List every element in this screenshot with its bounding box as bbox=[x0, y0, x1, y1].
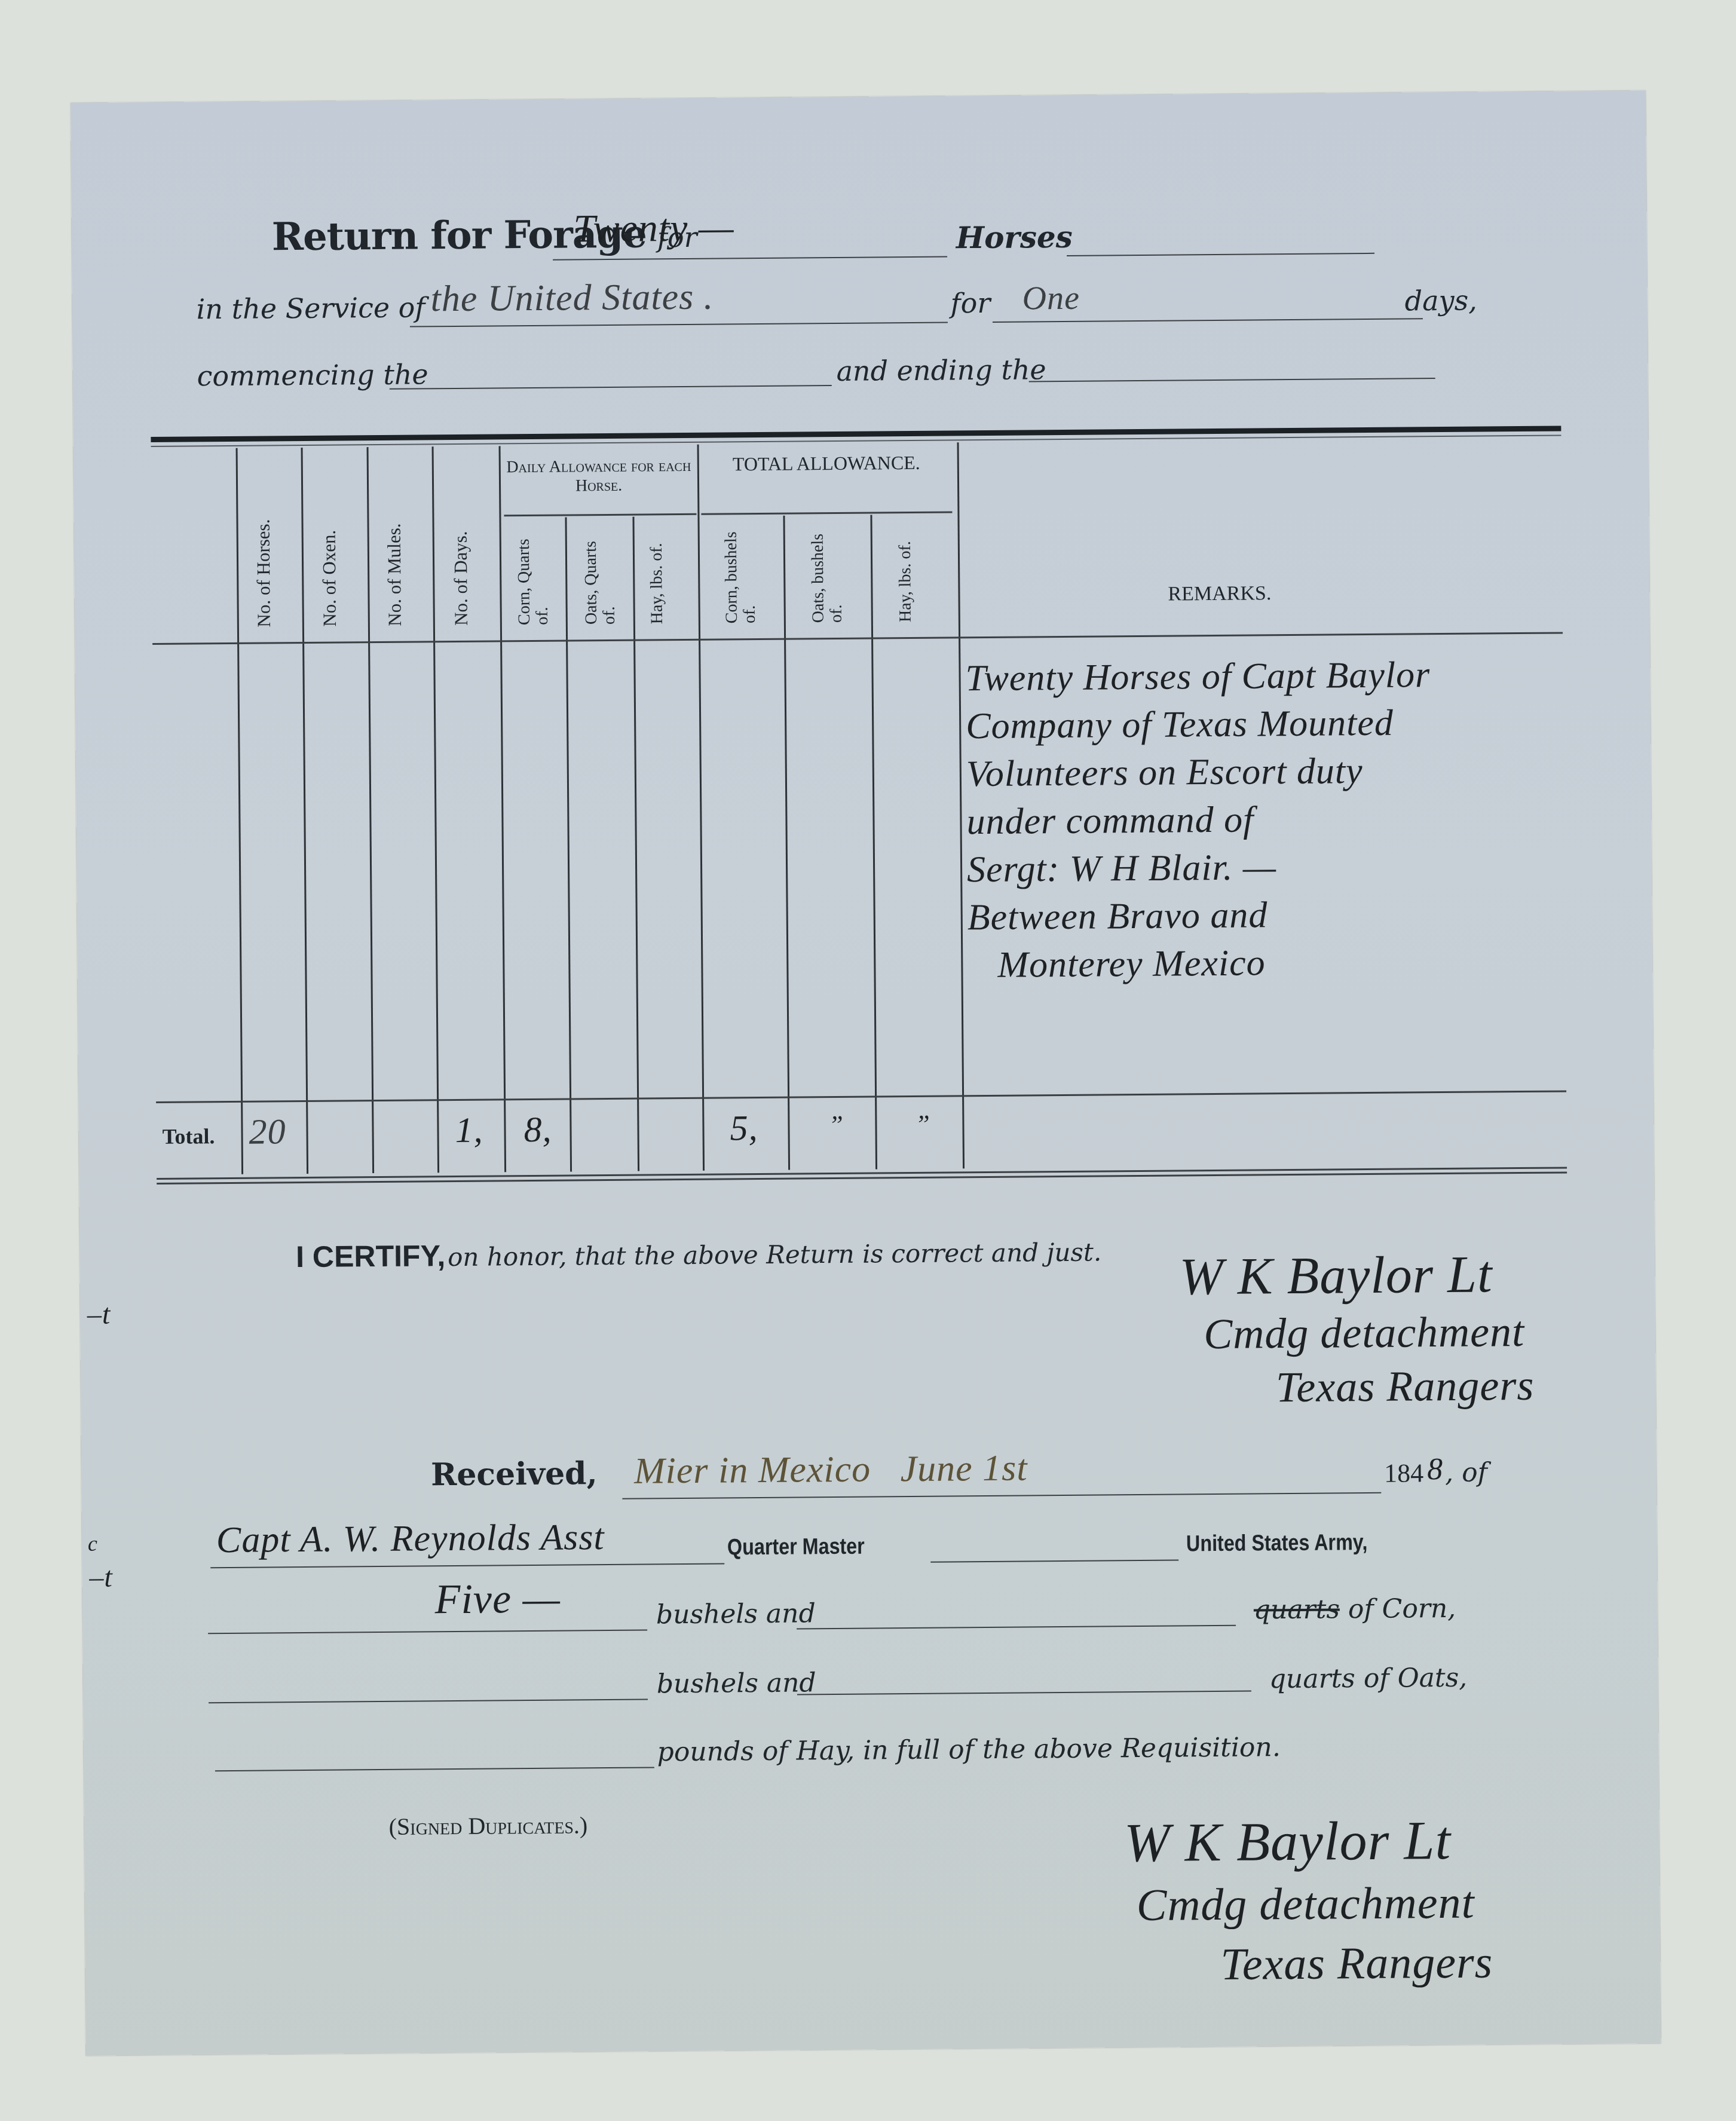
col-line-3 bbox=[367, 447, 375, 1173]
total-corn-bushels: 5, bbox=[730, 1107, 758, 1149]
received-label: Received, bbox=[431, 1455, 598, 1493]
daily-allowance-underline bbox=[504, 513, 696, 517]
total-days: 1, bbox=[455, 1110, 483, 1151]
col-line-6 bbox=[565, 517, 572, 1171]
certify-signature-title: Cmdg detachment bbox=[1156, 1304, 1634, 1361]
ending-label: and ending the bbox=[836, 353, 1046, 387]
year-printed: 184 bbox=[1384, 1458, 1423, 1489]
col-line-10 bbox=[870, 515, 877, 1169]
col-header-oxen: No. of Oxen. bbox=[319, 483, 340, 626]
col-header-hay-lbs: Hay, lbs. of. bbox=[648, 524, 687, 624]
certify-signature: W K Baylor Lt Cmdg detachment Texas Rang… bbox=[1155, 1244, 1634, 1415]
daily-allowance-header: Daily Allowance for each Horse. bbox=[501, 457, 696, 497]
hay-requisition-label: pounds of Hay, in full of the above Requ… bbox=[657, 1732, 1281, 1767]
receipt-signature-name: W K Baylor Lt bbox=[1100, 1805, 1638, 1875]
animal-count-entry: Twenty — bbox=[573, 205, 734, 252]
col-line-5 bbox=[499, 446, 507, 1172]
col-header-oats-quarts: Oats, Quarts of. bbox=[582, 524, 621, 625]
from-entry: Capt A. W. Reynolds Asst bbox=[216, 1516, 605, 1562]
days-label: days, bbox=[1404, 284, 1477, 317]
quarts-corn-struck: quarts bbox=[1254, 1594, 1340, 1625]
header-line-1: Return for Forage for bbox=[271, 204, 1587, 274]
of-label: , of bbox=[1445, 1457, 1487, 1488]
commencing-line[interactable] bbox=[390, 385, 832, 390]
corn-amount-entry: Five — bbox=[434, 1575, 561, 1624]
service-line bbox=[410, 322, 948, 327]
of-corn-label: of Corn, bbox=[1348, 1593, 1456, 1624]
days-line bbox=[993, 318, 1423, 323]
col-line-4 bbox=[432, 446, 440, 1173]
col-line-11-remarks bbox=[957, 442, 965, 1168]
received-line bbox=[622, 1492, 1381, 1499]
remarks-line-3: Volunteers on Escort duty bbox=[966, 745, 1564, 798]
col-header-mules: No. of Mules. bbox=[384, 483, 405, 626]
days-entry: One bbox=[1022, 279, 1080, 318]
bushels-and-oats-label: bushels and bbox=[657, 1667, 816, 1699]
received-place-date: Mier in Mexico June 1st bbox=[634, 1447, 1028, 1492]
remarks-line-1: Twenty Horses of Capt Baylor bbox=[965, 650, 1563, 702]
form-paper: Return for Forage for Twenty — Horses in… bbox=[71, 90, 1661, 2056]
army-label: United States Army, bbox=[1186, 1530, 1368, 1557]
header-bottom-rule bbox=[152, 632, 1563, 645]
ending-line[interactable] bbox=[1029, 378, 1435, 382]
remarks-line-4: under command of bbox=[966, 793, 1564, 846]
total-label: Total. bbox=[162, 1124, 215, 1149]
quarter-master-line bbox=[930, 1560, 1178, 1563]
margin-mark-2: c bbox=[88, 1531, 98, 1556]
bushels-and-corn-label: bushels and bbox=[656, 1598, 816, 1630]
remarks-line-6: Between Bravo and bbox=[967, 889, 1565, 941]
total-allowance-header: TOTAL ALLOWANCE. bbox=[707, 452, 946, 475]
col-header-corn-bushels: Corn, bushels of. bbox=[722, 523, 761, 623]
total-hay-lbs: ” bbox=[915, 1109, 930, 1140]
margin-mark-3: –t bbox=[89, 1561, 113, 1594]
quarts-of-corn-label: quarts of Corn, bbox=[1254, 1593, 1456, 1626]
total-horses: 20 bbox=[249, 1111, 286, 1152]
receipt-signature-title: Cmdg detachment bbox=[1100, 1871, 1639, 1935]
col-header-corn-quarts: Corn, Quarts of. bbox=[515, 525, 554, 625]
certify-signature-unit: Texas Rangers bbox=[1156, 1358, 1635, 1415]
hay-pounds-line[interactable] bbox=[215, 1767, 654, 1771]
corn-quarts-line bbox=[797, 1625, 1236, 1630]
remarks-line-7: Monterey Mexico bbox=[967, 936, 1566, 989]
certify-text: on honor, that the above Return is corre… bbox=[448, 1238, 1101, 1272]
total-allowance-underline bbox=[701, 511, 952, 515]
col-header-days: No. of Days. bbox=[450, 482, 471, 626]
margin-mark-1: –t bbox=[87, 1298, 111, 1331]
receipt-signature-unit: Texas Rangers bbox=[1101, 1931, 1639, 1995]
service-label: in the Service of bbox=[197, 291, 425, 325]
for-label-2: for bbox=[950, 287, 990, 320]
quarts-of-oats-label: quarts of Oats, bbox=[1269, 1663, 1468, 1695]
bushels-label: bushels and bbox=[656, 1598, 816, 1630]
horses-label: Horses bbox=[956, 219, 1073, 256]
oats-quarts-line[interactable] bbox=[797, 1691, 1251, 1695]
col-line-9 bbox=[783, 516, 790, 1170]
quarter-master-label: Quarter Master bbox=[727, 1534, 865, 1561]
commencing-label: commencing the bbox=[197, 358, 428, 392]
remarks-line-2: Company of Texas Mounted bbox=[966, 697, 1564, 750]
col-line-1 bbox=[236, 448, 244, 1174]
certify-lead: I CERTIFY, bbox=[296, 1239, 445, 1274]
total-row-top-rule bbox=[156, 1090, 1566, 1103]
col-header-oats-bushels: Oats, bushels of. bbox=[809, 522, 848, 623]
certify-statement: I CERTIFY, on honor, that the above Retu… bbox=[296, 1234, 1101, 1275]
remarks-line-5: Sergt: W H Blair. — bbox=[967, 841, 1565, 893]
year-handwritten: 8 bbox=[1427, 1452, 1443, 1487]
total-oats-bushels: ” bbox=[828, 1110, 844, 1140]
remarks-header: REMARKS. bbox=[1168, 582, 1271, 605]
col-line-7 bbox=[632, 517, 639, 1171]
certify-signature-name: W K Baylor Lt bbox=[1155, 1244, 1634, 1308]
receipt-signature: W K Baylor Lt Cmdg detachment Texas Rang… bbox=[1100, 1805, 1639, 1995]
total-corn-quarts: 8, bbox=[523, 1109, 552, 1150]
col-header-horses: No. of Horses. bbox=[253, 483, 274, 627]
signed-duplicates: (Signed Duplicates.) bbox=[388, 1811, 587, 1841]
service-entry: the United States . bbox=[430, 276, 714, 321]
remarks-entry: Twenty Horses of Capt Baylor Company of … bbox=[965, 650, 1565, 989]
col-header-hay-lbs-total: Hay, lbs. of. bbox=[896, 522, 935, 622]
oats-bushels-line[interactable] bbox=[209, 1698, 648, 1703]
corn-amount-line bbox=[208, 1629, 647, 1634]
from-line bbox=[210, 1563, 724, 1568]
col-line-8 bbox=[697, 445, 705, 1171]
col-line-2 bbox=[301, 448, 309, 1174]
